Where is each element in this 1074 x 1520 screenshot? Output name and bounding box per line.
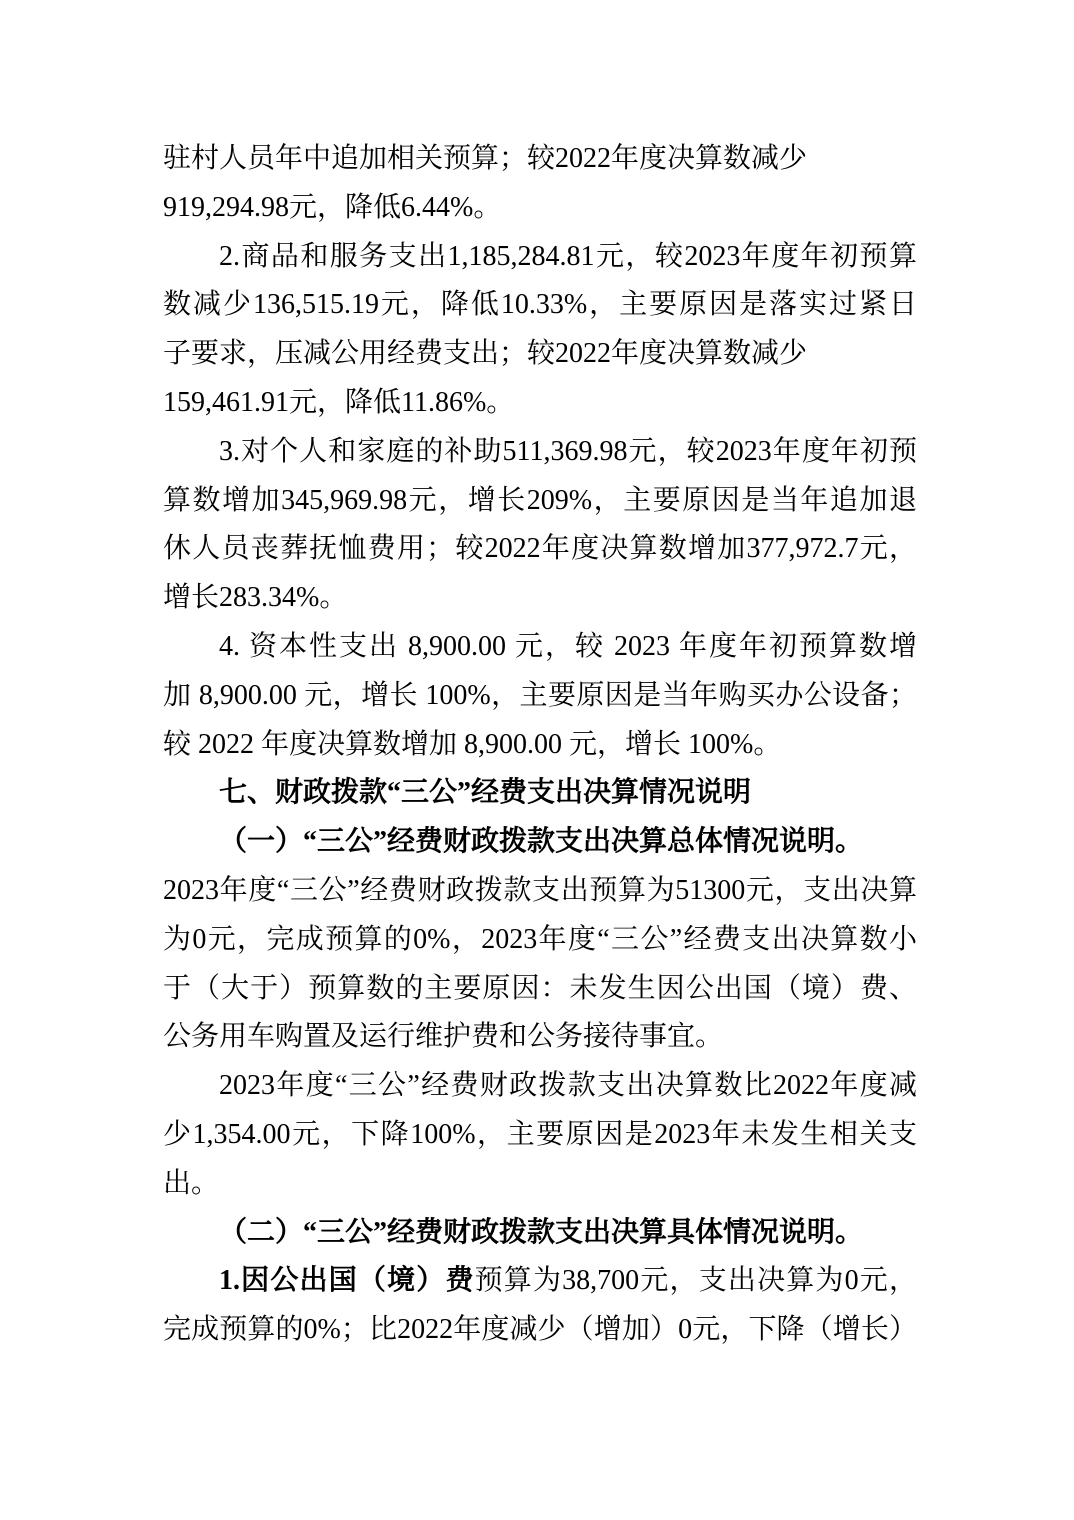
- text-line: 出。: [163, 1160, 917, 1209]
- para-overseas-travel-expense: 1.因公出国（境）费预算为38,700元，支出决算为0元， 完成预算的0%；比2…: [163, 1257, 917, 1355]
- para-personnel-budget-continuation: 驻村人员年中追加相关预算；较2022年度决算数减少 919,294.98元，降低…: [163, 135, 917, 233]
- text-line: 159,461.91元，降低11.86%。: [163, 379, 917, 428]
- text-line: 算数增加345,969.98元，增长209%，主要原因是当年追加退: [163, 477, 917, 526]
- text-line: 较 2022 年度决算数增加 8,900.00 元，增长 100%。: [163, 721, 917, 770]
- text-line: 3.对个人和家庭的补助511,369.98元，较2023年度年初预: [163, 428, 917, 477]
- text-line: 为0元，完成预算的0%，2023年度“三公”经费支出决算数小: [163, 916, 917, 965]
- heading-section-seven-part-one: （一）“三公”经费财政拨款支出决算总体情况说明。: [163, 818, 917, 867]
- text-line: 919,294.98元，降低6.44%。: [163, 184, 917, 233]
- text-line: 少1,354.00元，下降100%，主要原因是2023年未发生相关支: [163, 1111, 917, 1160]
- text-line: 加 8,900.00 元，增长 100%，主要原因是当年购买办公设备；: [163, 672, 917, 721]
- overseas-travel-expense-text: 预算为38,700元，支出决算为0元，: [475, 1265, 917, 1296]
- heading-line: （二）“三公”经费财政拨款支出决算具体情况说明。: [163, 1209, 917, 1258]
- text-line: 增长283.34%。: [163, 574, 917, 623]
- overseas-travel-expense-label: 1.因公出国（境）费: [219, 1265, 475, 1296]
- text-line: 2.商品和服务支出1,185,284.81元，较2023年度年初预算: [163, 233, 917, 282]
- text-line: 公务用车购置及运行维护费和公务接待事宜。: [163, 1013, 917, 1062]
- text-line: 驻村人员年中追加相关预算；较2022年度决算数减少: [163, 135, 917, 184]
- heading-line: 七、财政拨款“三公”经费支出决算情况说明: [163, 769, 917, 818]
- text-line: 2023年度“三公”经费财政拨款支出决算数比2022年度减: [163, 1062, 917, 1111]
- text-line: 完成预算的0%；比2022年度减少（增加）0元，下降（增长）: [163, 1306, 917, 1355]
- para-sangong-overall-situation: 2023年度“三公”经费财政拨款支出预算为51300元，支出决算 为0元，完成预…: [163, 867, 917, 1062]
- document-body: 驻村人员年中追加相关预算；较2022年度决算数减少 919,294.98元，降低…: [163, 135, 917, 1355]
- para-capital-expenditure: 4. 资本性支出 8,900.00 元，较 2023 年度年初预算数增 加 8,…: [163, 623, 917, 769]
- para-goods-and-services-expense: 2.商品和服务支出1,185,284.81元，较2023年度年初预算 数减少13…: [163, 233, 917, 428]
- heading-section-seven-part-two: （二）“三公”经费财政拨款支出决算具体情况说明。: [163, 1209, 917, 1258]
- text-line: 子要求，压减公用经费支出；较2022年度决算数减少: [163, 330, 917, 379]
- text-line: 数减少136,515.19元，降低10.33%，主要原因是落实过紧日: [163, 281, 917, 330]
- text-line: 1.因公出国（境）费预算为38,700元，支出决算为0元，: [163, 1257, 917, 1306]
- heading-section-seven: 七、财政拨款“三公”经费支出决算情况说明: [163, 769, 917, 818]
- text-line: 2023年度“三公”经费财政拨款支出预算为51300元，支出决算: [163, 867, 917, 916]
- para-subsidies-individuals-families: 3.对个人和家庭的补助511,369.98元，较2023年度年初预 算数增加34…: [163, 428, 917, 623]
- para-sangong-year-over-year: 2023年度“三公”经费财政拨款支出决算数比2022年度减 少1,354.00元…: [163, 1062, 917, 1208]
- text-line: 4. 资本性支出 8,900.00 元，较 2023 年度年初预算数增: [163, 623, 917, 672]
- text-line: 于（大于）预算数的主要原因：未发生因公出国（境）费、: [163, 965, 917, 1014]
- heading-line: （一）“三公”经费财政拨款支出决算总体情况说明。: [163, 818, 917, 867]
- text-line: 休人员丧葬抚恤费用；较2022年度决算数增加377,972.7元，: [163, 525, 917, 574]
- document-page: 驻村人员年中追加相关预算；较2022年度决算数减少 919,294.98元，降低…: [0, 0, 1074, 1520]
